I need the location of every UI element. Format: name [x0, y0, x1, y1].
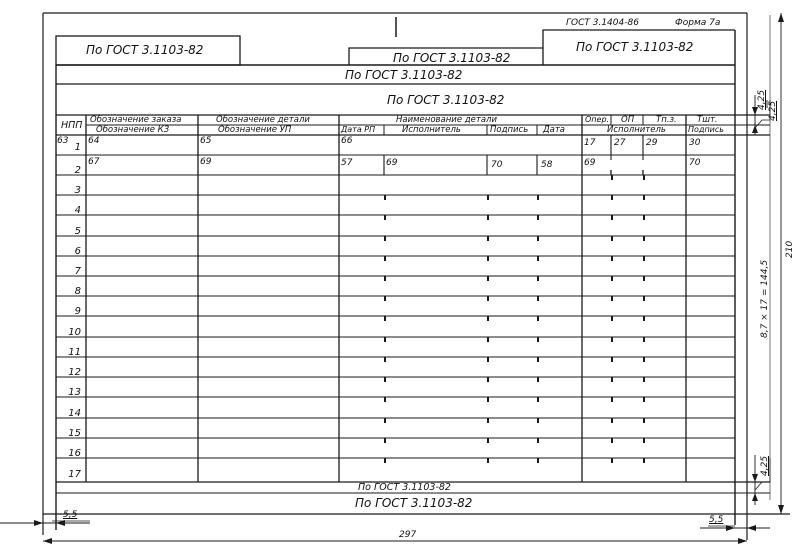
- row2-date: 58: [541, 161, 552, 170]
- dimension-height: 210: [785, 241, 795, 258]
- header-kz-designation: Обозначение КЗ: [96, 126, 169, 135]
- header-op: ОП: [621, 116, 634, 125]
- row-number-16: 16: [57, 449, 81, 459]
- dimension-margin-left: 5,5: [63, 511, 77, 520]
- row-number-10: 10: [57, 328, 81, 338]
- row2-date-rp: 57: [341, 159, 352, 168]
- row2-signature: 70: [491, 161, 502, 170]
- row-number-7: 7: [57, 267, 81, 277]
- row-number-12: 12: [57, 368, 81, 378]
- row-number-5: 5: [57, 227, 81, 237]
- stamp-bottom-1: По ГОСТ 3.1103-82: [358, 483, 451, 493]
- dimension-top-band-1: 4,25: [757, 90, 767, 110]
- header-up-designation: Обозначение УП: [218, 126, 291, 135]
- header-tsht: Тшт.: [697, 116, 718, 125]
- row1-col3: 66: [341, 137, 352, 146]
- dimension-width: 297: [399, 531, 416, 540]
- header-executor: Исполнитель: [402, 126, 461, 135]
- row1-oper: 17: [584, 139, 595, 148]
- stamp-band-2: По ГОСТ 3.1103-82: [387, 94, 504, 106]
- header-date: Дата: [543, 126, 565, 135]
- header-signature: Подпись: [490, 126, 528, 135]
- stamp-top-left: По ГОСТ 3.1103-82: [86, 44, 203, 56]
- drawing-frame: [0, 0, 804, 556]
- stamp-band-1: По ГОСТ 3.1103-82: [345, 69, 462, 81]
- row1-col2: 65: [200, 137, 211, 146]
- header-signature-2: Подпись: [688, 126, 724, 134]
- row-number-2: 2: [57, 166, 81, 176]
- row2-signature-2: 70: [689, 159, 700, 168]
- dimension-rows-height: 8,7 × 17 = 144,5: [760, 260, 770, 338]
- header-part-designation: Обозначение детали: [216, 116, 310, 125]
- header-tpz: Тп.з.: [656, 116, 677, 125]
- dimension-bottom-band: 4,25: [760, 456, 770, 476]
- row-number-4: 4: [57, 206, 81, 216]
- stamp-top-right: По ГОСТ 3.1103-82: [576, 41, 693, 53]
- header-executor-2: Исполнитель: [607, 126, 666, 135]
- row-number-13: 13: [57, 388, 81, 398]
- stamp-bottom-2: По ГОСТ 3.1103-82: [355, 497, 472, 509]
- row1-op: 27: [614, 139, 625, 148]
- header-oper: Опер.: [585, 116, 609, 124]
- row2-col2: 69: [200, 158, 211, 167]
- header-order-designation: Обозначение заказа: [90, 116, 181, 125]
- row1-col1: 64: [88, 137, 99, 146]
- row2-executor: 69: [386, 159, 397, 168]
- header-npp: НПП: [61, 121, 82, 131]
- form-standard: ГОСТ 3.1404-86: [566, 19, 639, 28]
- row-number-14: 14: [57, 409, 81, 419]
- header-part-name: Наименование детали: [396, 116, 497, 125]
- row2-col1: 67: [88, 158, 99, 167]
- row-number-11: 11: [57, 348, 81, 358]
- row-number-6: 6: [57, 247, 81, 257]
- row-number-17: 17: [57, 470, 81, 480]
- row2-executor-2: 69: [584, 159, 595, 168]
- row-number-1: 1: [57, 143, 81, 153]
- header-date-rp: Дата РП: [341, 126, 375, 134]
- row-number-8: 8: [57, 287, 81, 297]
- row-number-9: 9: [57, 307, 81, 317]
- dimension-margin-right: 5,5: [709, 516, 723, 525]
- row-number-15: 15: [57, 429, 81, 439]
- row-number-3: 3: [57, 186, 81, 196]
- stamp-top-center: По ГОСТ 3.1103-82: [393, 52, 510, 64]
- dimension-top-band-2: 4,25: [768, 101, 778, 121]
- row1-tpz: 29: [646, 139, 657, 148]
- form-label: Форма 7а: [675, 19, 720, 28]
- row1-tsht: 30: [689, 139, 700, 148]
